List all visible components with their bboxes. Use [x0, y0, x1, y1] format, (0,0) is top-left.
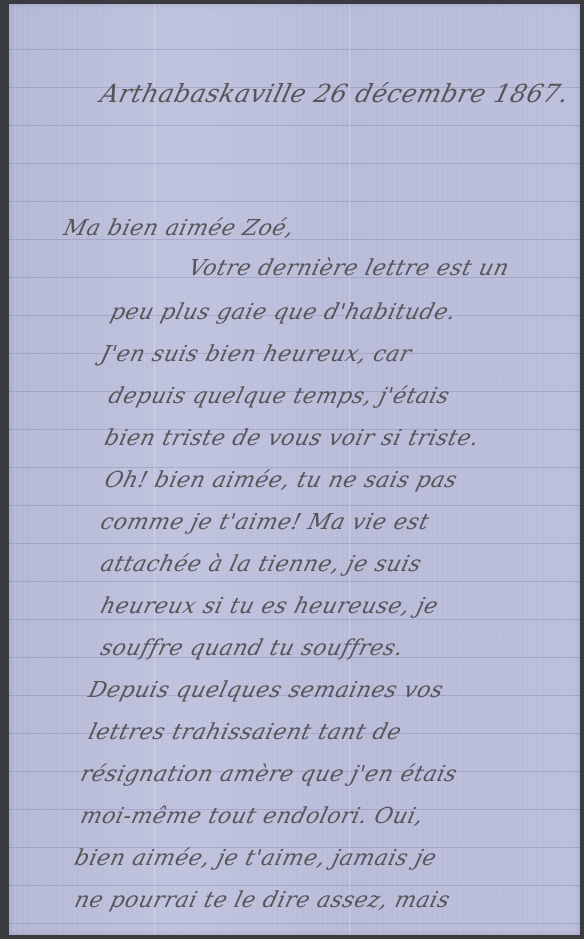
letter-line: heureux si tu es heureuse, je — [98, 594, 441, 619]
letter-line: J'en suis bien heureux, car — [98, 342, 414, 367]
letter-line: ne pourrai te le dire assez, mais — [72, 888, 453, 913]
letter-line: souffre quand tu souffres. — [98, 636, 406, 661]
letter-line: bien triste de vous voir si triste. — [102, 426, 482, 451]
letter-line: attachée à la tienne, je suis — [98, 552, 424, 577]
letter-line: moi-même tout endolori. Oui, — [78, 804, 426, 829]
letter-line: depuis quelque temps, j'étais — [106, 384, 452, 409]
salutation: Ma bien aimée Zoé, — [61, 216, 297, 241]
letter-page: Arthabaskaville 26 décembre 1867. Ma bie… — [9, 4, 580, 935]
letter-line: peu plus gaie que d'habitude. — [108, 300, 459, 325]
letter-line: Oh! bien aimée, tu ne sais pas — [102, 468, 460, 493]
letter-line: résignation amère que j'en étais — [78, 762, 460, 787]
letter-line: bien aimée, je t'aime, jamais je — [72, 846, 439, 871]
letter-line: Depuis quelques semaines vos — [86, 678, 446, 703]
letter-line: Votre dernière lettre est un — [186, 256, 512, 281]
letter-line: comme je t'aime! Ma vie est — [98, 510, 432, 535]
place-date: Arthabaskaville 26 décembre 1867. — [97, 79, 572, 108]
letter-line: lettres trahissaient tant de — [86, 720, 404, 745]
